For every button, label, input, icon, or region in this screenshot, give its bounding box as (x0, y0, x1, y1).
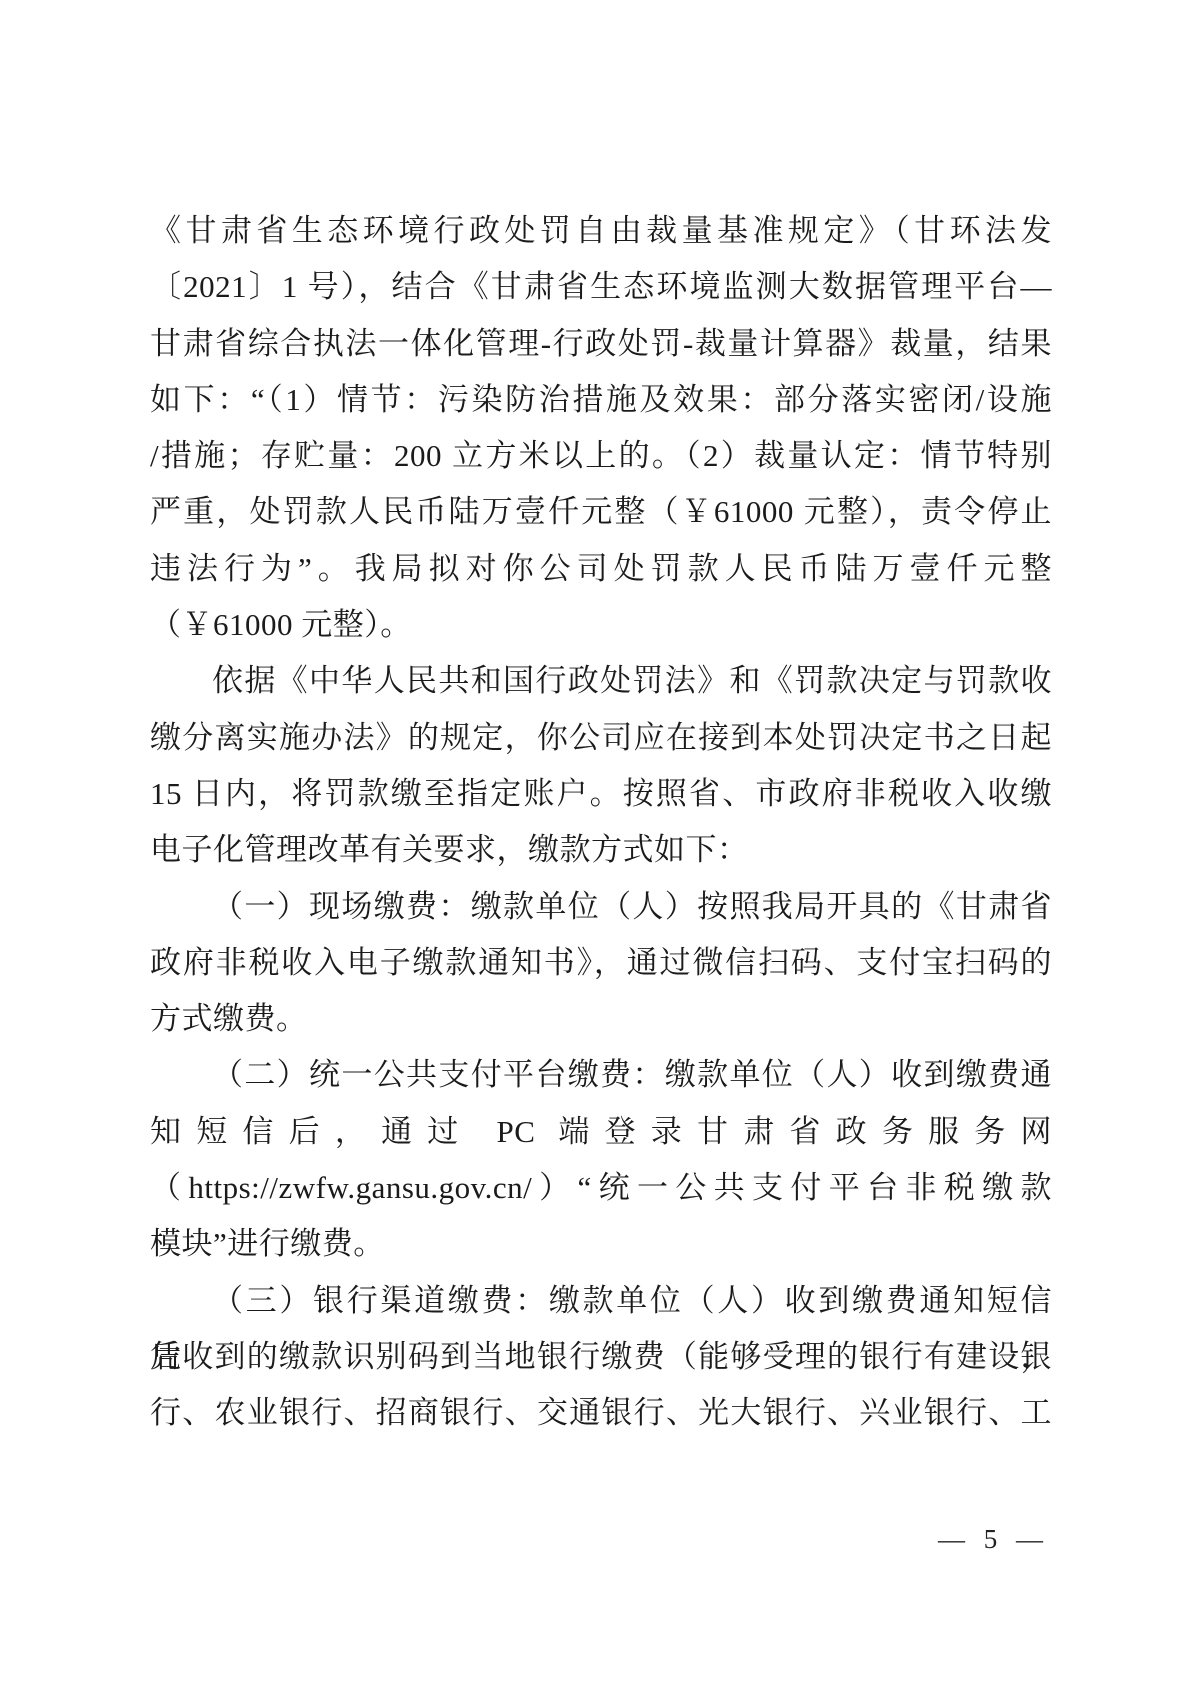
text-line: 严重，处罚款人民币陆万壹仟元整（￥61000 元整），责令停止 (150, 484, 1052, 540)
text-line: /措施；存贮量：200 立方米以上的。（2）裁量认定：情节特别 (150, 428, 1052, 484)
text-line: 违法行为”。我局拟对你公司处罚款人民币陆万壹仟元整 (150, 541, 1052, 597)
text-line: （https://zwfw.gansu.gov.cn/）“统一公共支付平台非税缴… (150, 1160, 1052, 1216)
text-line: 方式缴费。 (150, 991, 1052, 1047)
text-line: 缴分离实施办法》的规定，你公司应在接到本处罚决定书之日起 (150, 710, 1052, 766)
text-line: 电子化管理改革有关要求，缴款方式如下： (150, 822, 1052, 878)
text-line: 〔2021〕1 号），结合《甘肃省生态环境监测大数据管理平台— (150, 259, 1052, 315)
text-line: 政府非税收入电子缴款通知书》，通过微信扫码、支付宝扫码的 (150, 935, 1052, 991)
text-line: 《甘肃省生态环境行政处罚自由裁量基准规定》（甘环法发 (150, 203, 1052, 259)
text-line: （二）统一公共支付平台缴费：缴款单位（人）收到缴费通 (150, 1047, 1052, 1103)
text-line: 依据《中华人民共和国行政处罚法》和《罚款决定与罚款收 (150, 653, 1052, 709)
text-line: 知短信后，通过 PC 端登录甘肃省政务服务网 (150, 1104, 1052, 1160)
text-line: 行、农业银行、招商银行、交通银行、光大银行、兴业银行、工 (150, 1385, 1052, 1441)
text-line: （￥61000 元整）。 (150, 597, 1052, 653)
text-line: 模块”进行缴费。 (150, 1216, 1052, 1272)
document-page: 《甘肃省生态环境行政处罚自由裁量基准规定》（甘环法发 〔2021〕1 号），结合… (0, 0, 1199, 1696)
page-number: — 5 — (938, 1524, 1049, 1555)
document-body: 《甘肃省生态环境行政处罚自由裁量基准规定》（甘环法发 〔2021〕1 号），结合… (150, 203, 1052, 1442)
text-line: （一）现场缴费：缴款单位（人）按照我局开具的《甘肃省 (150, 879, 1052, 935)
text-line: 甘肃省综合执法一体化管理-行政处罚-裁量计算器》裁量，结果 (150, 316, 1052, 372)
text-line: 凭收到的缴款识别码到当地银行缴费（能够受理的银行有建设银 (150, 1329, 1052, 1385)
text-line: 15 日内，将罚款缴至指定账户。按照省、市政府非税收入收缴 (150, 766, 1052, 822)
text-line: （三）银行渠道缴费：缴款单位（人）收到缴费通知短信后， (150, 1273, 1052, 1329)
text-line: 如下：“（1）情节：污染防治措施及效果：部分落实密闭/设施 (150, 372, 1052, 428)
